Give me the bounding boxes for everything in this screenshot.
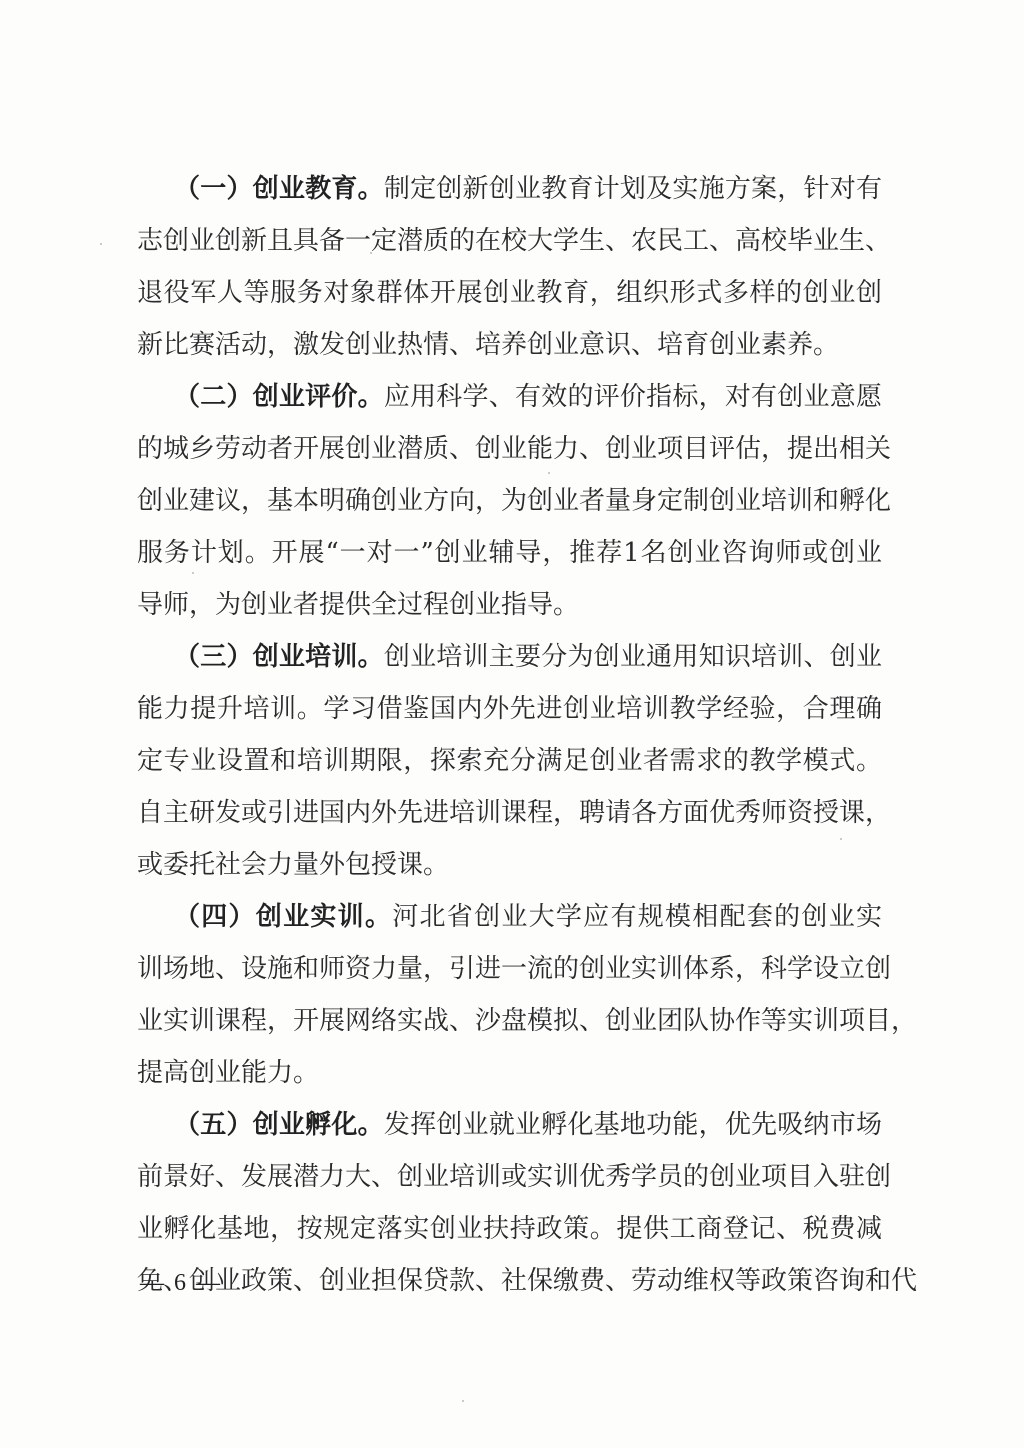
paragraph-text: 发挥创业就业孵化基地功能，优先吸纳市场: [384, 1110, 882, 1140]
paragraph-line: 业孵化基地，按规定落实创业扶持政策。提供工商登记、税费减: [137, 1206, 882, 1258]
paragraph-line: （四）创业实训。河北省创业大学应有规模相配套的创业实: [137, 894, 882, 946]
paragraph-line: 退役军人等服务对象群体开展创业教育，组织形式多样的创业创: [137, 270, 882, 322]
paragraph-line: 提高创业能力。: [137, 1050, 882, 1102]
paragraph-text: 河北省创业大学应有规模相配套的创业实: [392, 902, 882, 932]
paragraph-line: （三）创业培训。创业培训主要分为创业通用知识培训、创业: [137, 634, 882, 686]
page-number: — 6 —: [140, 1270, 222, 1297]
paragraph-line: 导师，为创业者提供全过程创业指导。: [137, 582, 882, 634]
paragraph-line: 服务计划。开展“一对一”创业辅导，推荐1名创业咨询师或创业: [137, 530, 882, 582]
section-heading-5: （五）创业孵化。: [174, 1110, 384, 1140]
section-heading-2: （二）创业评价。: [174, 382, 384, 412]
paragraph-line: 定专业设置和培训期限，探索充分满足创业者需求的教学模式。: [137, 738, 882, 790]
paragraph-line: 或委托社会力量外包授课。: [137, 842, 882, 894]
paragraph-line: 能力提升培训。学习借鉴国内外先进创业培训教学经验，合理确: [137, 686, 882, 738]
paragraph-line: 志创业创新且具备一定潜质的在校大学生、农民工、高校毕业生、: [137, 218, 882, 270]
paragraph-line: 免、创业政策、创业担保贷款、社保缴费、劳动维权等政策咨询和代: [137, 1258, 882, 1310]
scan-speck: [370, 252, 372, 254]
paragraph-line: 业实训课程，开展网络实战、沙盘模拟、创业团队协作等实训项目，: [137, 998, 882, 1050]
paragraph-text: 制定创新创业教育计划及实施方案，针对有: [384, 174, 882, 204]
paragraph-line: （一）创业教育。制定创新创业教育计划及实施方案，针对有: [137, 166, 882, 218]
scan-speck: [548, 472, 550, 474]
paragraph-line: 前景好、发展潜力大、创业培训或实训优秀学员的创业项目入驻创: [137, 1154, 882, 1206]
paragraph-line: 自主研发或引进国内外先进培训课程，聘请各方面优秀师资授课，: [137, 790, 882, 842]
section-heading-3: （三）创业培训。: [174, 642, 384, 672]
paragraph-line: （五）创业孵化。发挥创业就业孵化基地功能，优先吸纳市场: [137, 1102, 882, 1154]
scan-speck: [462, 1400, 464, 1402]
paragraph-text: 应用科学、有效的评价指标，对有创业意愿: [384, 382, 882, 412]
paragraph-line: 新比赛活动，激发创业热情、培养创业意识、培育创业素养。: [137, 322, 882, 374]
body-text: （一）创业教育。制定创新创业教育计划及实施方案，针对有 志创业创新且具备一定潜质…: [137, 166, 882, 1310]
paragraph-text: 创业培训主要分为创业通用知识培训、创业: [384, 642, 882, 672]
scan-speck: [192, 572, 194, 574]
section-heading-4: （四）创业实训。: [174, 902, 392, 932]
scan-speck: [100, 243, 102, 245]
paragraph-line: （二）创业评价。应用科学、有效的评价指标，对有创业意愿: [137, 374, 882, 426]
paragraph-line: 训场地、设施和师资力量，引进一流的创业实训体系，科学设立创: [137, 946, 882, 998]
document-page: （一）创业教育。制定创新创业教育计划及实施方案，针对有 志创业创新且具备一定潜质…: [0, 0, 1024, 1448]
paragraph-line: 的城乡劳动者开展创业潜质、创业能力、创业项目评估，提出相关: [137, 426, 882, 478]
scan-speck: [840, 838, 842, 840]
section-heading-1: （一）创业教育。: [174, 174, 384, 204]
paragraph-line: 创业建议，基本明确创业方向，为创业者量身定制创业培训和孵化: [137, 478, 882, 530]
